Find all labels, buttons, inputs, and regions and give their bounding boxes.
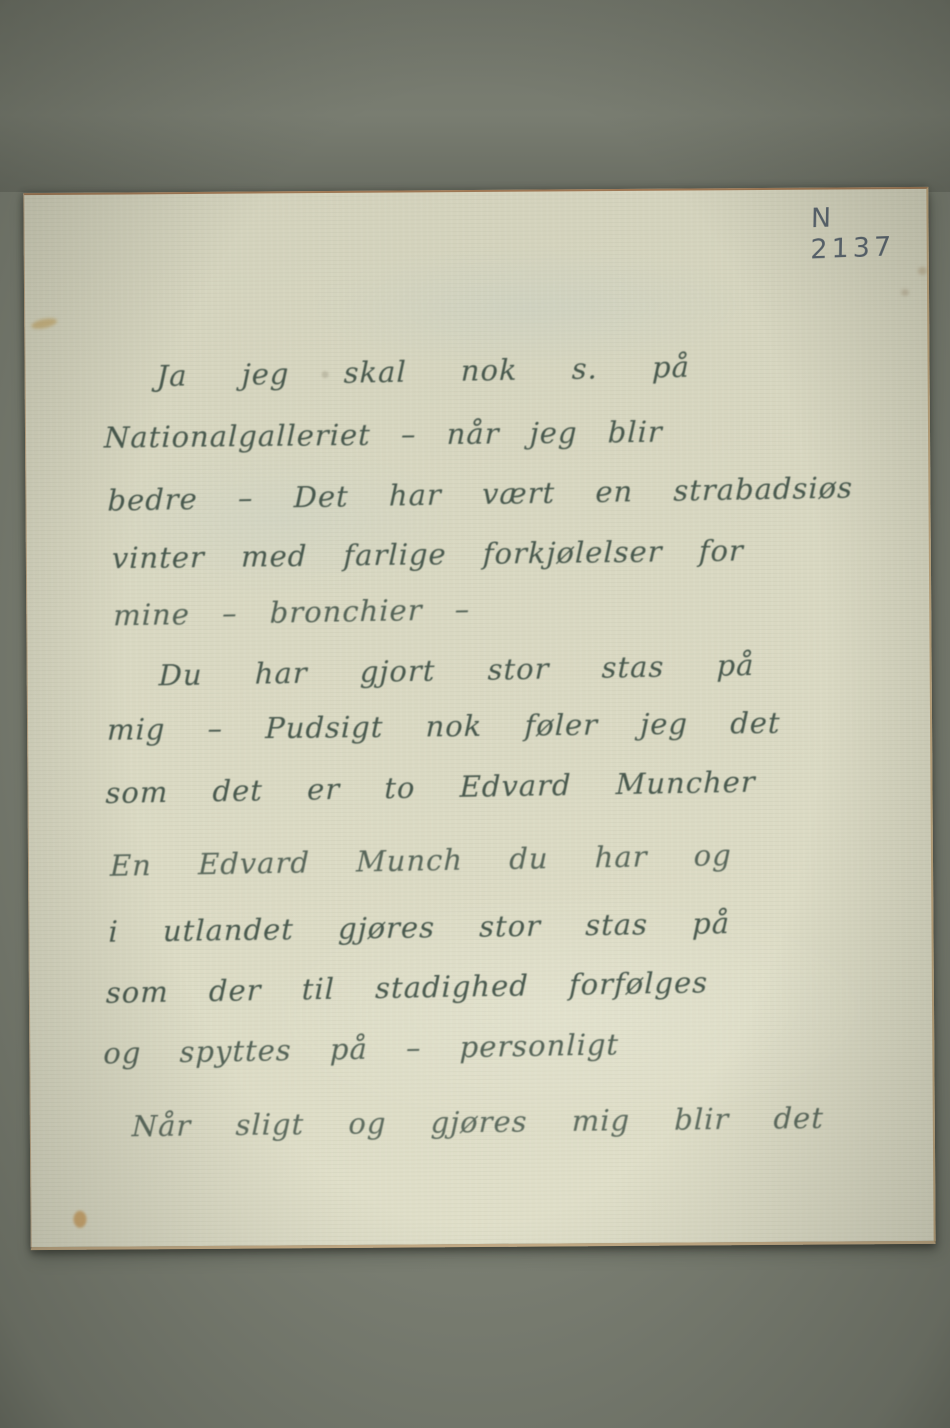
handwritten-line: som der til stadighed forfølges bbox=[106, 965, 709, 1010]
handwritten-line: og spyttes på – personligt bbox=[103, 1027, 619, 1070]
letter-sheet: N 2137 Ja jeg skal nok s. på Nationalgal… bbox=[23, 187, 935, 1250]
paper-stain bbox=[31, 316, 58, 330]
paper-stain bbox=[918, 267, 927, 275]
handwritten-line: Du har gjort stor stas på bbox=[158, 648, 754, 692]
handwritten-line: i utlandet gjøres stor stas på bbox=[108, 906, 730, 949]
handwritten-line: En Edvard Munch du har og bbox=[110, 838, 732, 883]
handwritten-line: Ja jeg skal nok s. på bbox=[156, 350, 690, 393]
paper-stain bbox=[73, 1211, 86, 1228]
handwritten-text: Ja jeg skal nok s. på Nationalgalleriet … bbox=[24, 189, 926, 195]
handwritten-line: mine – bronchier – bbox=[113, 592, 471, 632]
background-shadow bbox=[0, 0, 950, 192]
handwritten-line: mig – Pudsigt nok føler jeg det bbox=[107, 706, 781, 747]
handwritten-line: Nationalgalleriet – når jeg blir bbox=[104, 415, 664, 455]
handwritten-line: vinter med farlige forkjølelser for bbox=[111, 533, 744, 575]
archive-number: N 2137 bbox=[810, 199, 927, 265]
handwritten-line: bedre – Det har vært en strabadsiøs bbox=[107, 470, 853, 517]
paper-stain bbox=[901, 289, 909, 296]
photo-background: N 2137 Ja jeg skal nok s. på Nationalgal… bbox=[0, 0, 950, 1428]
handwritten-line: som det er to Edvard Muncher bbox=[105, 765, 756, 810]
handwritten-line: Når sligt og gjøres mig blir det bbox=[131, 1101, 824, 1143]
